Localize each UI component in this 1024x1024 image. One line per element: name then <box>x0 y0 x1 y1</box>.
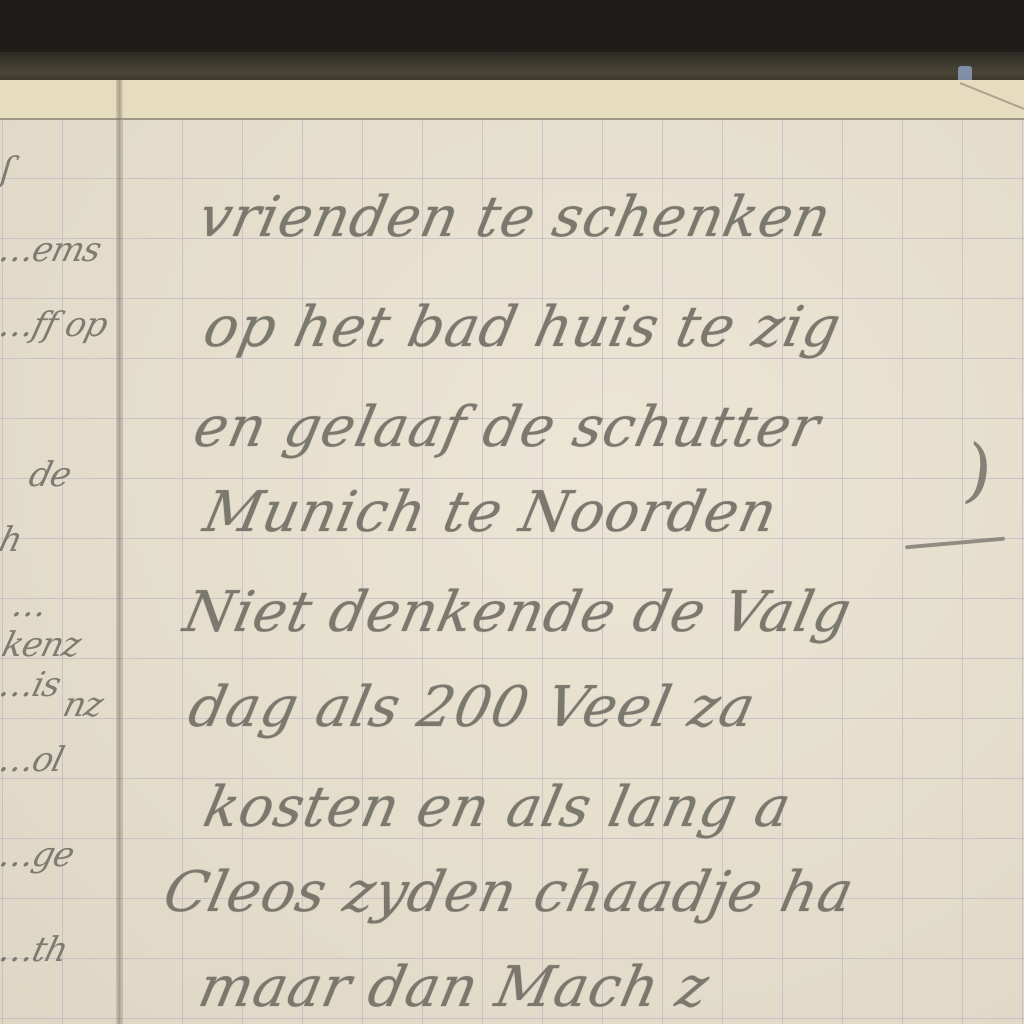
handwritten-line: dag als 200 Veel za <box>183 675 761 740</box>
handwritten-line: op het bad huis te zig <box>198 295 847 360</box>
handwritten-body: vrienden te schenken op het bad huis te … <box>0 0 1024 1024</box>
handwritten-line: Munich te Noorden <box>198 480 783 545</box>
handwritten-line: vrienden te schenken <box>193 185 837 250</box>
underline-stroke <box>905 537 1005 550</box>
bracket-stroke: ) <box>959 428 997 513</box>
handwritten-line: maar dan Mach z <box>193 955 715 1020</box>
handwritten-line: Niet denkende de Valg <box>178 580 857 645</box>
handwritten-line: kosten en als lang a <box>198 775 797 840</box>
handwritten-line: Cleos zyden chaadje ha <box>158 860 860 925</box>
handwritten-line: en gelaaf de schutter <box>188 395 826 460</box>
